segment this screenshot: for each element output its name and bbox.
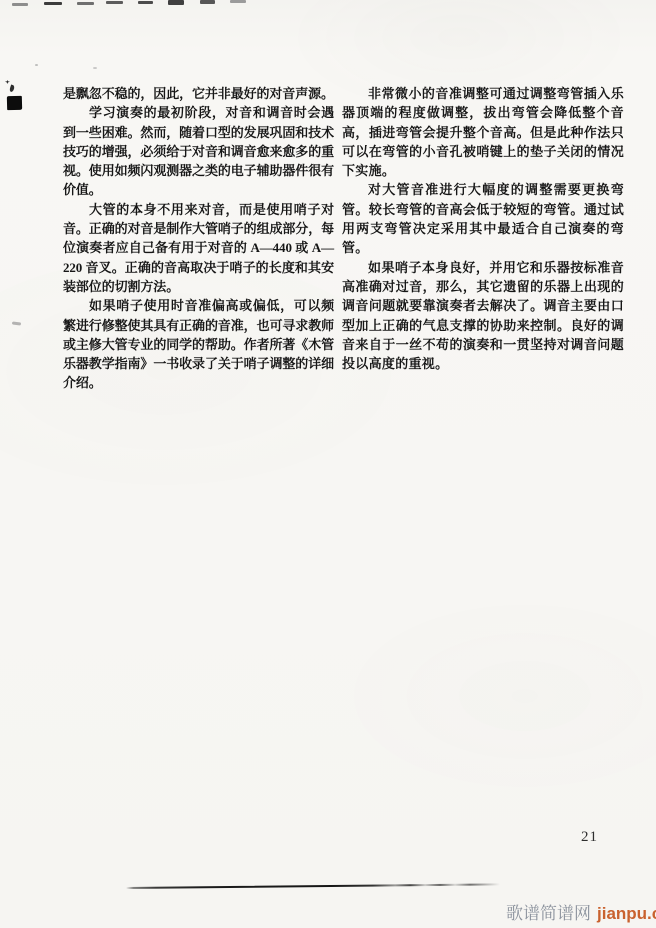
paragraph: 如果哨子使用时音准偏高或偏低，可以频繁进行修整使其具有正确的音准，也可寻求教师或…	[63, 296, 334, 392]
watermark-site-name: 歌谱简谱网	[506, 904, 591, 923]
text-column-right: 非常微小的音准调整可通过调整弯管插入乐器顶端的程度做调整，拔出弯管会降低整个音高…	[342, 84, 624, 373]
scan-artifact-top-dash	[138, 1, 153, 4]
scan-artifact-black-square	[7, 96, 22, 110]
scan-artifact-bottom-line	[126, 883, 500, 889]
paragraph: 如果哨子本身良好，并用它和乐器按标准音高准确对过音，那么，其它遗留的乐器上出现的…	[342, 258, 624, 374]
paragraph: 是飘忽不稳的，因此，它并非最好的对音声源。	[63, 84, 334, 103]
scan-artifact-speck	[93, 67, 97, 69]
scan-artifact-top-dash	[230, 0, 246, 3]
scan-artifact-top-dash	[44, 2, 62, 5]
scan-artifact-top-dash	[77, 2, 94, 5]
paragraph: 对大管音准进行大幅度的调整需要更换弯管。较长弯管的音高会低于较短的弯管。通过试用…	[342, 180, 624, 257]
watermark: 歌谱简谱网jianpu.cn	[506, 899, 656, 924]
page-number: 21	[581, 829, 598, 846]
scan-artifact-top-dash	[12, 3, 28, 6]
scan-artifact-mark	[9, 85, 15, 93]
watermark-site-url: jianpu.cn	[597, 904, 656, 923]
paragraph: 非常微小的音准调整可通过调整弯管插入乐器顶端的程度做调整，拔出弯管会降低整个音高…	[342, 84, 624, 180]
document-page: 是飘忽不稳的，因此，它并非最好的对音声源。 学习演奏的最初阶段，对音和调音时会遇…	[0, 0, 656, 928]
scan-artifact-top-dash	[168, 0, 184, 5]
scan-artifact-top-dash	[106, 1, 123, 4]
scan-artifact-speck	[35, 64, 38, 66]
paragraph: 大管的本身不用来对音，而是使用哨子对音。正确的对音是制作大管哨子的组成部分，每位…	[63, 200, 334, 296]
scan-artifact-mark	[5, 80, 10, 84]
scanned-book-page: { "page": { "number": "21", "language": …	[0, 0, 656, 928]
paragraph: 学习演奏的最初阶段，对音和调音时会遇到一些困难。然而，随着口型的发展巩固和技术技…	[63, 103, 334, 199]
scan-artifact-faint-mark	[12, 321, 21, 325]
scan-artifact-top-dash	[200, 0, 215, 4]
text-column-left: 是飘忽不稳的，因此，它并非最好的对音声源。 学习演奏的最初阶段，对音和调音时会遇…	[63, 84, 334, 393]
